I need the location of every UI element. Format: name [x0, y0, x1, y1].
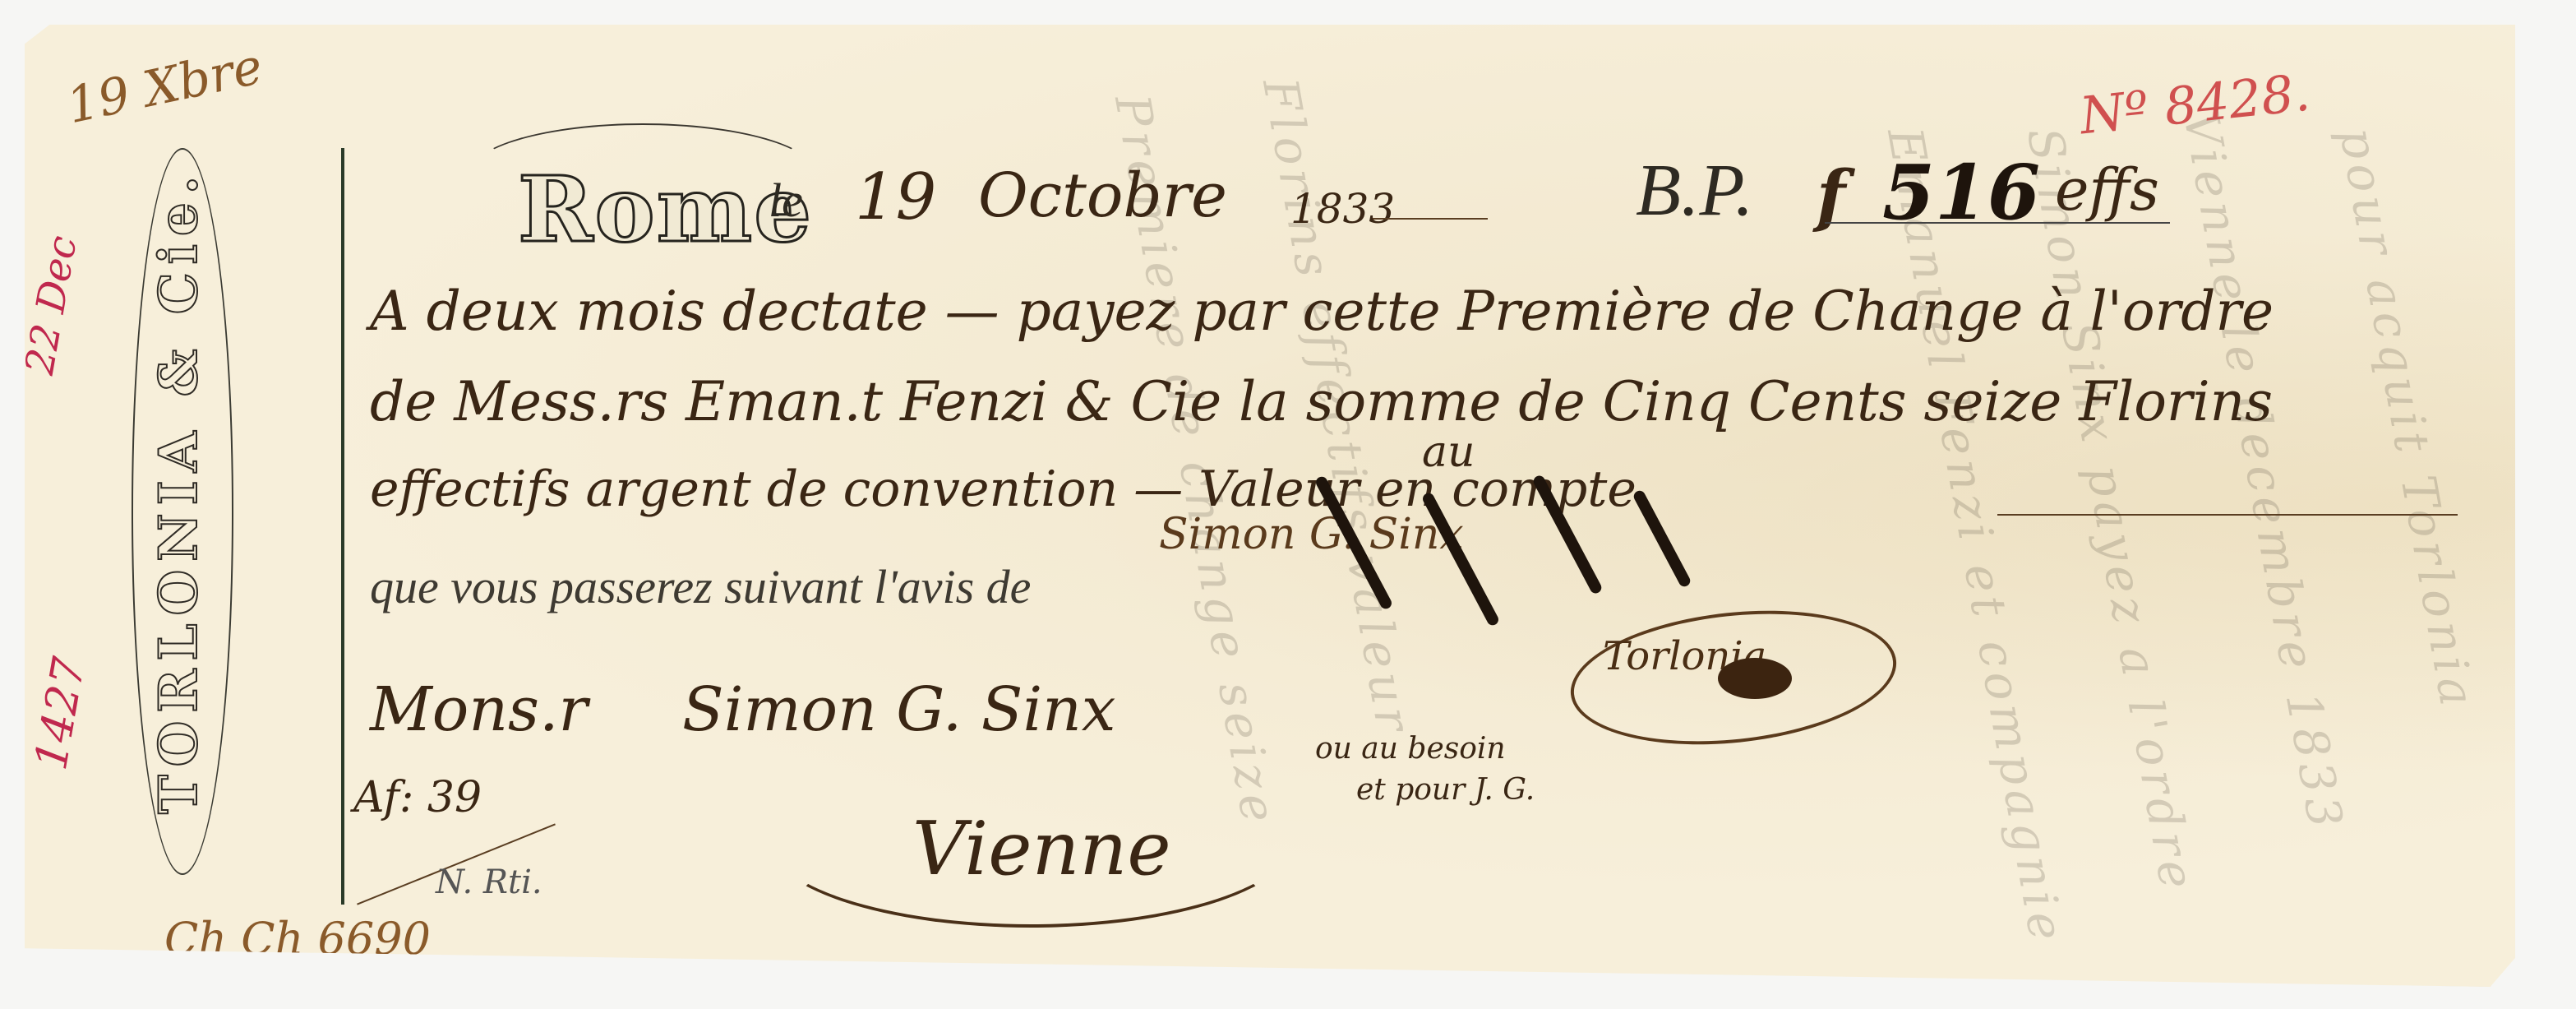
destination: Vienne — [912, 806, 1171, 892]
amount-rule — [1825, 222, 2170, 224]
margin-red-number: 1427 — [25, 654, 95, 774]
date-month: Octobre — [978, 160, 1227, 231]
amount-suffix: effs — [2055, 156, 2159, 224]
date-year: 1833 — [1290, 185, 1395, 233]
need-note-2: et pour J. G. — [1356, 773, 1535, 807]
bottom-note: Ch Ch 6690 — [164, 913, 431, 965]
bill-of-exchange-paper: Premiere de change seize Florins effecti… — [25, 25, 2515, 987]
amount-prefix: B.P. — [1636, 148, 1753, 233]
addressee-name: Simon G. Sinx — [682, 674, 1116, 745]
bleed-through-text: Vienne le decembre 1833 — [2172, 107, 2354, 836]
serial-number: Nº 8428. — [2077, 62, 2313, 146]
need-note-1: ou au besoin — [1315, 732, 1506, 766]
endorsement-name: Simon G. Sinx — [1159, 510, 1464, 559]
body-line-2: de Mess.rs Eman.t Fenzi & Cie la somme d… — [370, 370, 2273, 433]
body-line-4: que vous passerez suivant l'avis de — [370, 559, 1031, 614]
endorsement-au: au — [1422, 428, 1475, 477]
date-prefix: le — [769, 173, 803, 228]
margin-top-note: 19 Xbre — [62, 38, 267, 136]
valeur-rule — [1997, 514, 2458, 516]
bleed-through-text: pour acquit Torlonia — [2329, 123, 2486, 715]
addressee-label: Mons.r — [370, 674, 588, 745]
margin-divider — [341, 148, 344, 905]
date-rule — [1373, 218, 1488, 220]
margin-red-date: 22 Dec — [16, 232, 86, 377]
left-note-rti: N. Rti. — [436, 863, 542, 901]
cancellation-stroke — [1632, 488, 1692, 588]
date-day: 19 — [855, 160, 936, 234]
body-line-1: A deux mois dectate — payez par cette Pr… — [370, 280, 2274, 343]
left-note-af: Af: 39 — [353, 773, 482, 822]
ink-blot — [1718, 658, 1792, 699]
issuer-stamp: TORLONIA & Cie. — [148, 168, 210, 814]
